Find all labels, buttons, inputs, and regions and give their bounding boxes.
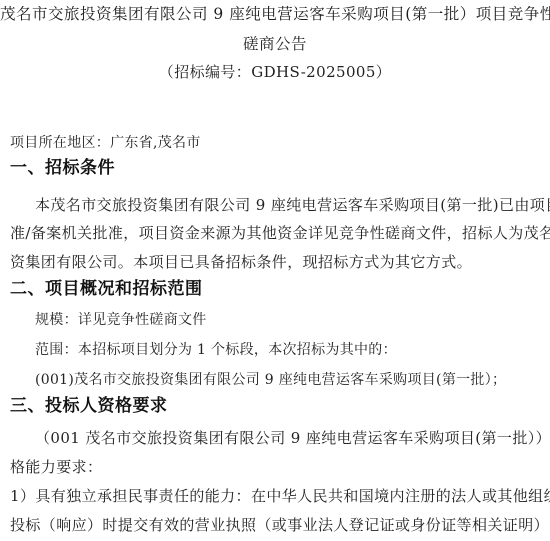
project-region: 项目所在地区：广东省,茂名市 — [10, 133, 201, 153]
paragraph-line: 1）具有独立承担民事责任的能力：在中华人民共和国境内注册的法人或其他组织或自然人… — [10, 486, 550, 506]
tender-number: （招标编号：GDHS-2025005） — [0, 62, 550, 82]
paragraph-line: （001 茂名市交旅投资集团有限公司 9 座纯电营运客车采购项目(第一批））的投… — [35, 428, 550, 448]
paragraph-line: 投标（响应）时提交有效的营业执照（或事业法人登记证或身份证等相关证明） 副本复印 — [10, 515, 550, 535]
paragraph-line: 资集团有限公司。本项目已具备招标条件，现招标方式为其它方式。 — [10, 252, 472, 272]
paragraph-line: 规模：详见竞争性磋商文件 — [35, 310, 207, 330]
document-title-line-2: 磋商公告 — [0, 34, 550, 54]
document-title-line-1: 茂名市交旅投资集团有限公司 9 座纯电营运客车采购项目(第一批）项目竞争性 — [0, 4, 550, 24]
paragraph-line: 格能力要求： — [10, 457, 102, 477]
section-heading-tender-conditions: 一、招标条件 — [10, 158, 115, 178]
section-heading-bidder-qualifications: 三、投标人资格要求 — [10, 396, 168, 416]
paragraph-line: 本茂名市交旅投资集团有限公司 9 座纯电营运客车采购项目(第一批)已由项目审批/… — [35, 195, 550, 215]
section-heading-project-overview: 二、项目概况和招标范围 — [10, 279, 203, 299]
paragraph-line: 范围：本招标项目划分为 1 个标段，本次招标为其中的： — [35, 340, 397, 360]
paragraph-line: (001)茂名市交旅投资集团有限公司 9 座纯电营运客车采购项目(第一批）； — [35, 370, 506, 390]
paragraph-line: 准/备案机关批准，项目资金来源为其他资金详见竞争性磋商文件，招标人为茂名市交旅投 — [10, 223, 550, 243]
